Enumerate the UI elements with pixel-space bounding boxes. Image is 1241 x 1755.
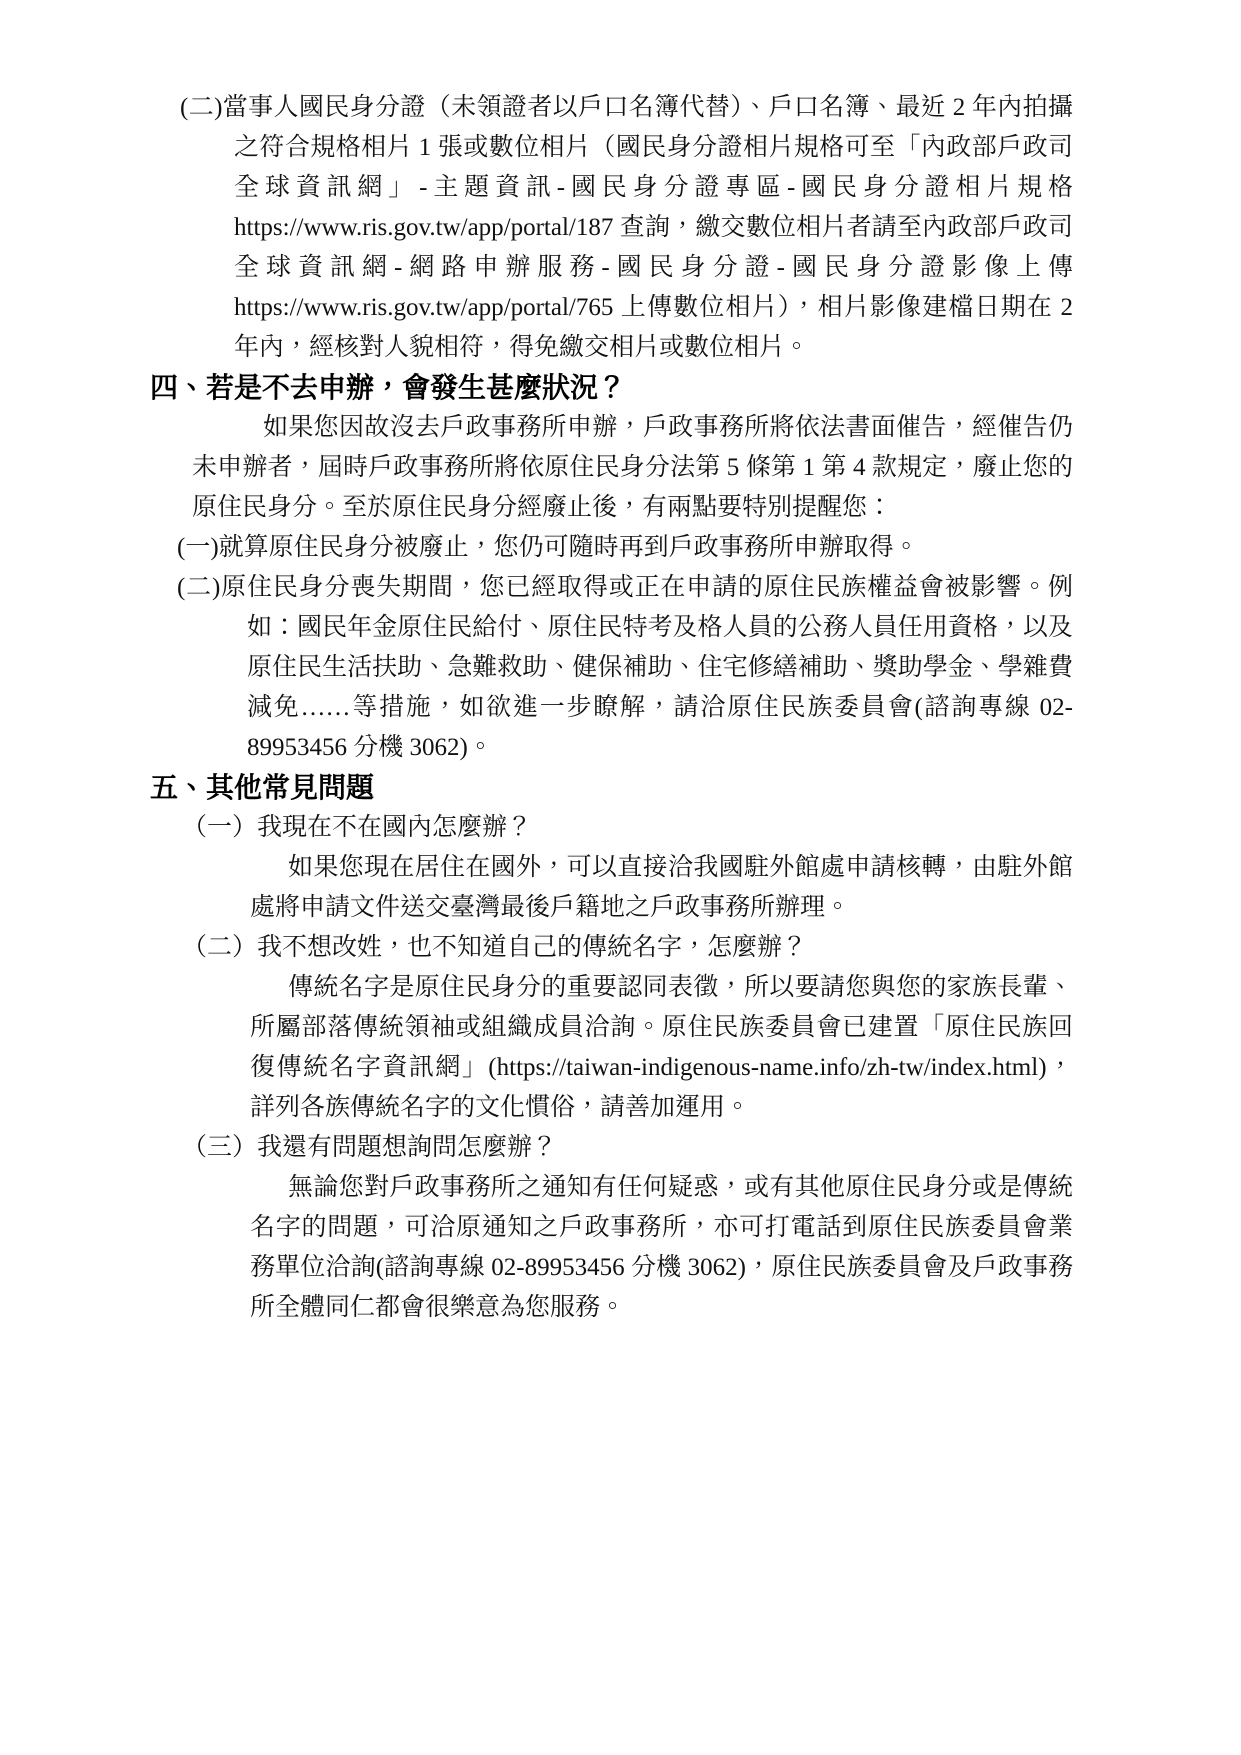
question-text: 我現在不在國內怎麼辦？	[257, 814, 532, 841]
section-4-notice-item-1: (一)就算原住民身分被廢止，您仍可隨時再到戶政事務所申辦取得。	[177, 528, 1073, 568]
section-4-intro-paragraph: 如果您因故沒去戶政事務所申辦，戶政事務所將依法書面催告，經催告仍未申辦者，屆時戶…	[192, 408, 1073, 528]
question-label: （一）	[182, 814, 257, 841]
question-label: （三）	[182, 1134, 257, 1161]
required-documents-item-2: (二)當事人國民身分證（未領證者以戶口名簿代替）、戶口名簿、最近 2 年內拍攝之…	[180, 88, 1073, 368]
item-label: (一)	[177, 534, 219, 561]
question-text: 我不想改姓，也不知道自己的傳統名字，怎麼辦？	[257, 934, 807, 961]
faq-answer-1: 如果您現在居住在國外，可以直接洽我國駐外館處申請核轉，由駐外館處將申請文件送交臺…	[250, 848, 1073, 928]
faq-question-1: （一）我現在不在國內怎麼辦？	[182, 808, 1073, 848]
faq-answer-3: 無論您對戶政事務所之通知有任何疑惑，或有其他原住民身分或是傳統名字的問題，可洽原…	[250, 1168, 1073, 1328]
faq-answer-2: 傳統名字是原住民身分的重要認同表徵，所以要請您與您的家族長輩、所屬部落傳統領袖或…	[250, 968, 1073, 1128]
document-body: (二)當事人國民身分證（未領證者以戶口名簿代替）、戶口名簿、最近 2 年內拍攝之…	[150, 88, 1073, 1328]
item-text: 原住民身分喪失期間，您已經取得或正在申請的原住民族權益會被影響。例如：國民年金原…	[220, 574, 1073, 761]
section-5-heading: 五、其他常見問題	[150, 768, 1073, 808]
item-label: (二)	[177, 574, 220, 601]
section-4-notice-item-2: (二)原住民身分喪失期間，您已經取得或正在申請的原住民族權益會被影響。例如：國民…	[177, 568, 1073, 768]
item-text: 當事人國民身分證（未領證者以戶口名簿代替）、戶口名簿、最近 2 年內拍攝之符合規…	[222, 94, 1073, 361]
question-label: （二）	[182, 934, 257, 961]
faq-question-2: （二）我不想改姓，也不知道自己的傳統名字，怎麼辦？	[182, 928, 1073, 968]
question-text: 我還有問題想詢問怎麼辦？	[257, 1134, 557, 1161]
item-text: 就算原住民身分被廢止，您仍可隨時再到戶政事務所申辦取得。	[219, 534, 919, 561]
faq-question-3: （三）我還有問題想詢問怎麼辦？	[182, 1128, 1073, 1168]
item-label: (二)	[180, 94, 222, 121]
document-page: (二)當事人國民身分證（未領證者以戶口名簿代替）、戶口名簿、最近 2 年內拍攝之…	[0, 0, 1241, 1755]
section-4-heading: 四、若是不去申辦，會發生甚麼狀況？	[150, 368, 1073, 408]
